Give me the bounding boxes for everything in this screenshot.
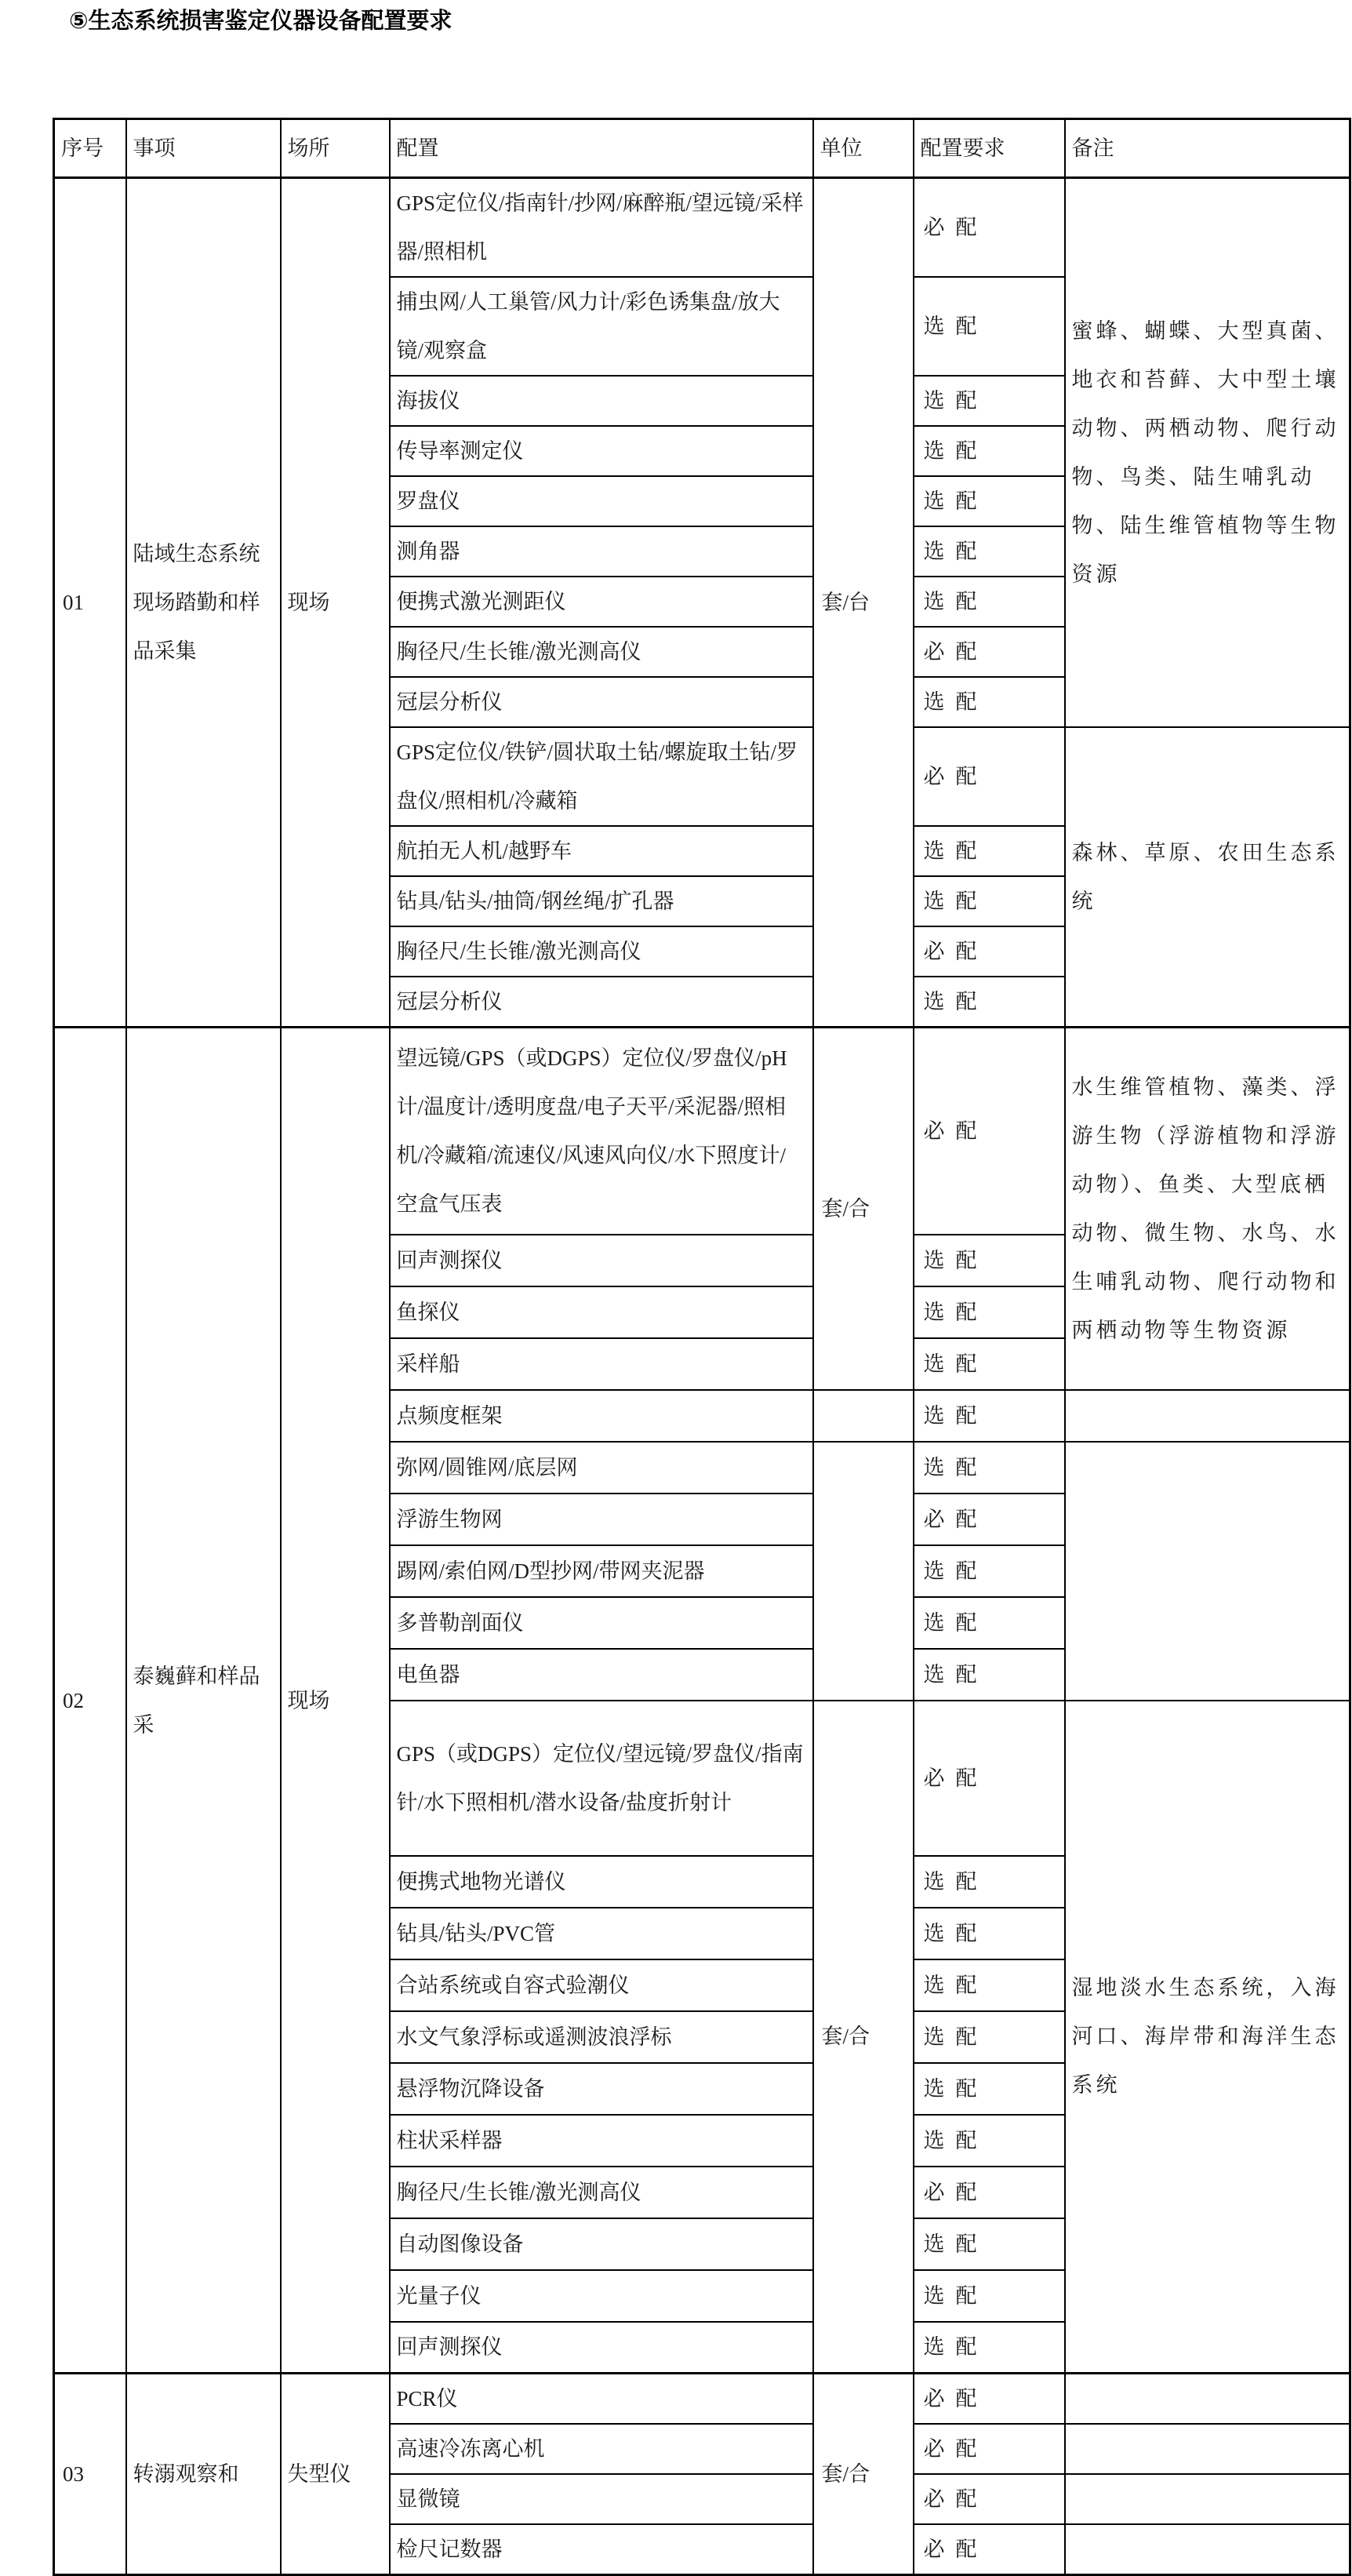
config-cell: 便携式地物光谱仪 bbox=[390, 1856, 813, 1908]
remark-cell-empty bbox=[1065, 1442, 1350, 1701]
unit-cell: 套/合 bbox=[813, 1028, 914, 1390]
table-row: 03 转溺观察和 失型仪 PCR仪 套/合 必配 bbox=[54, 2374, 1350, 2425]
requirement-cell: 选配 bbox=[914, 2011, 1065, 2063]
config-cell: 高速冷冻离心机 bbox=[390, 2424, 813, 2474]
requirement-cell: 选配 bbox=[914, 2322, 1065, 2374]
requirement-cell: 选配 bbox=[914, 1235, 1065, 1286]
config-cell: 冠层分析仪 bbox=[390, 977, 813, 1028]
requirement-cell: 必配 bbox=[914, 2167, 1065, 2218]
requirement-cell: 必配 bbox=[914, 727, 1065, 826]
config-cell: 胸径尺/生长锥/激光测高仪 bbox=[390, 2167, 813, 2218]
config-cell: 鱼探仪 bbox=[390, 1286, 813, 1338]
item-cell: 转溺观察和 bbox=[126, 2374, 281, 2575]
config-cell: 钻具/钻头/PVC管 bbox=[390, 1908, 813, 1959]
config-cell: 显微镜 bbox=[390, 2474, 813, 2524]
requirement-cell: 选配 bbox=[914, 876, 1065, 926]
requirement-cell: 选配 bbox=[914, 526, 1065, 577]
config-cell: 自动图像设备 bbox=[390, 2218, 813, 2270]
requirement-cell: 选配 bbox=[914, 677, 1065, 727]
section-03: 03 转溺观察和 失型仪 PCR仪 套/合 必配 高速冷冻离心机 必配 显微镜 … bbox=[54, 2374, 1350, 2575]
config-cell: 弥网/圆锥网/底层网 bbox=[390, 1442, 813, 1494]
requirement-cell: 选配 bbox=[914, 2270, 1065, 2322]
remark-cell-empty bbox=[1065, 1390, 1350, 1442]
requirement-cell: 选配 bbox=[914, 1545, 1065, 1597]
config-cell: GPS定位仪/指南针/抄网/麻醉瓶/望远镜/采样器/照相机 bbox=[390, 178, 813, 278]
config-cell: 检尺记数器 bbox=[390, 2524, 813, 2575]
config-cell: 采样船 bbox=[390, 1338, 813, 1390]
requirement-cell: 选配 bbox=[914, 1442, 1065, 1494]
requirement-cell: 选配 bbox=[914, 577, 1065, 627]
config-cell: GPS（或DGPS）定位仪/望远镜/罗盘仪/指南针/水下照相机/潜水设备/盐度折… bbox=[390, 1701, 813, 1856]
col-header-index: 序号 bbox=[54, 119, 126, 178]
unit-cell: 套/合 bbox=[813, 2374, 914, 2575]
config-cell: 海拔仪 bbox=[390, 376, 813, 426]
col-header-item: 事项 bbox=[126, 119, 281, 178]
config-cell: 悬浮物沉降设备 bbox=[390, 2063, 813, 2115]
requirement-cell: 选配 bbox=[914, 2218, 1065, 2270]
unit-cell: 套/合 bbox=[813, 1701, 914, 2374]
unit-cell-empty bbox=[813, 1442, 914, 1701]
config-cell: 柱状采样器 bbox=[390, 2115, 813, 2167]
section-02: 02 泰巍藓和样品采 现场 望远镜/GPS（或DGPS）定位仪/罗盘仪/pH计/… bbox=[54, 1028, 1350, 2374]
requirement-cell: 选配 bbox=[914, 977, 1065, 1028]
requirement-cell: 选配 bbox=[914, 1286, 1065, 1338]
requirement-cell: 必配 bbox=[914, 2424, 1065, 2474]
config-cell: 胸径尺/生长锥/激光测高仪 bbox=[390, 926, 813, 977]
remark-cell: 水生维管植物、藻类、浮游生物（浮游植物和浮游动物）、鱼类、大型底栖动物、微生物、… bbox=[1065, 1028, 1350, 1390]
index-cell: 02 bbox=[54, 1028, 126, 2374]
config-cell: GPS定位仪/铁铲/圆状取土钻/螺旋取土钻/罗盘仪/照相机/冷藏箱 bbox=[390, 727, 813, 826]
config-cell: PCR仪 bbox=[390, 2374, 813, 2425]
requirement-cell: 必配 bbox=[914, 1494, 1065, 1545]
requirement-cell: 选配 bbox=[914, 1908, 1065, 1959]
requirement-cell: 选配 bbox=[914, 2063, 1065, 2115]
section-01: 01 陆域生态系统现场踏勤和样品采集 现场 GPS定位仪/指南针/抄网/麻醉瓶/… bbox=[54, 178, 1350, 1028]
place-cell: 失型仪 bbox=[281, 2374, 390, 2575]
config-cell: 踢网/索伯网/D型抄网/带网夹泥器 bbox=[390, 1545, 813, 1597]
place-cell: 现场 bbox=[281, 178, 390, 1028]
requirement-cell: 必配 bbox=[914, 2374, 1065, 2425]
config-cell: 点频度框架 bbox=[390, 1390, 813, 1442]
config-cell: 钻具/钻头/抽筒/钢丝绳/扩孔器 bbox=[390, 876, 813, 926]
config-cell: 罗盘仪 bbox=[390, 476, 813, 526]
requirement-cell: 选配 bbox=[914, 476, 1065, 526]
unit-cell: 套/台 bbox=[813, 178, 914, 1028]
table-header: 序号 事项 场所 配置 单位 配置要求 备注 bbox=[54, 119, 1350, 178]
config-cell: 光量子仪 bbox=[390, 2270, 813, 2322]
config-cell: 多普勒剖面仪 bbox=[390, 1597, 813, 1649]
equipment-config-table: 序号 事项 场所 配置 单位 配置要求 备注 01 陆域生态系统现场踏勤和样品采… bbox=[53, 118, 1351, 2576]
config-cell: 电鱼器 bbox=[390, 1649, 813, 1701]
config-cell: 便携式激光测距仪 bbox=[390, 577, 813, 627]
remark-cell: 森林、草原、农田生态系统 bbox=[1065, 727, 1350, 1028]
table-row: 01 陆域生态系统现场踏勤和样品采集 现场 GPS定位仪/指南针/抄网/麻醉瓶/… bbox=[54, 178, 1350, 278]
config-cell: 测角器 bbox=[390, 526, 813, 577]
col-header-config: 配置 bbox=[390, 119, 813, 178]
config-cell: 捕虫网/人工巢管/风力计/彩色诱集盘/放大镜/观察盒 bbox=[390, 277, 813, 376]
unit-cell-empty bbox=[813, 1390, 914, 1442]
place-cell: 现场 bbox=[281, 1028, 390, 2374]
requirement-cell: 必配 bbox=[914, 2474, 1065, 2524]
col-header-unit: 单位 bbox=[813, 119, 914, 178]
index-cell: 03 bbox=[54, 2374, 126, 2575]
col-header-requirement: 配置要求 bbox=[914, 119, 1065, 178]
item-cell: 泰巍藓和样品采 bbox=[126, 1028, 281, 2374]
item-cell: 陆域生态系统现场踏勤和样品采集 bbox=[126, 178, 281, 1028]
remark-cell-empty bbox=[1065, 2424, 1350, 2474]
requirement-cell: 必配 bbox=[914, 178, 1065, 278]
config-cell: 望远镜/GPS（或DGPS）定位仪/罗盘仪/pH计/温度计/透明度盘/电子天平/… bbox=[390, 1028, 813, 1235]
requirement-cell: 选配 bbox=[914, 1959, 1065, 2011]
requirement-cell: 选配 bbox=[914, 376, 1065, 426]
config-cell: 合站系统或自容式验潮仪 bbox=[390, 1959, 813, 2011]
config-cell: 航拍无人机/越野车 bbox=[390, 826, 813, 876]
config-cell: 回声测探仪 bbox=[390, 1235, 813, 1286]
requirement-cell: 必配 bbox=[914, 926, 1065, 977]
table-row: 02 泰巍藓和样品采 现场 望远镜/GPS（或DGPS）定位仪/罗盘仪/pH计/… bbox=[54, 1028, 1350, 1235]
config-cell: 传导率测定仪 bbox=[390, 426, 813, 476]
requirement-cell: 必配 bbox=[914, 2524, 1065, 2575]
requirement-cell: 必配 bbox=[914, 1028, 1065, 1235]
requirement-cell: 必配 bbox=[914, 627, 1065, 677]
remark-cell: 湿地淡水生态系统，入海河口、海岸带和海洋生态系统 bbox=[1065, 1701, 1350, 2374]
requirement-cell: 选配 bbox=[914, 1649, 1065, 1701]
requirement-cell: 必配 bbox=[914, 1701, 1065, 1856]
remark-cell: 蜜蜂、蝴蝶、大型真菌、地衣和苔藓、大中型土壤动物、两栖动物、爬行动物、鸟类、陆生… bbox=[1065, 178, 1350, 728]
requirement-cell: 选配 bbox=[914, 1390, 1065, 1442]
remark-cell-empty bbox=[1065, 2474, 1350, 2524]
requirement-cell: 选配 bbox=[914, 1597, 1065, 1649]
requirement-cell: 选配 bbox=[914, 1856, 1065, 1908]
requirement-cell: 选配 bbox=[914, 826, 1065, 876]
requirement-cell: 选配 bbox=[914, 2115, 1065, 2167]
page-title: ⑤生态系统损害鉴定仪器设备配置要求 bbox=[69, 3, 452, 35]
config-cell: 水文气象浮标或遥测波浪浮标 bbox=[390, 2011, 813, 2063]
col-header-remark: 备注 bbox=[1065, 119, 1350, 178]
config-cell: 回声测探仪 bbox=[390, 2322, 813, 2374]
requirement-cell: 选配 bbox=[914, 426, 1065, 476]
index-cell: 01 bbox=[54, 178, 126, 1028]
header-row: 序号 事项 场所 配置 单位 配置要求 备注 bbox=[54, 119, 1350, 178]
config-cell: 浮游生物网 bbox=[390, 1494, 813, 1545]
requirement-cell: 选配 bbox=[914, 277, 1065, 376]
config-cell: 冠层分析仪 bbox=[390, 677, 813, 727]
remark-cell-empty bbox=[1065, 2374, 1350, 2425]
remark-cell-empty bbox=[1065, 2524, 1350, 2575]
requirement-cell: 选配 bbox=[914, 1338, 1065, 1390]
col-header-place: 场所 bbox=[281, 119, 390, 178]
config-cell: 胸径尺/生长锥/激光测高仪 bbox=[390, 627, 813, 677]
